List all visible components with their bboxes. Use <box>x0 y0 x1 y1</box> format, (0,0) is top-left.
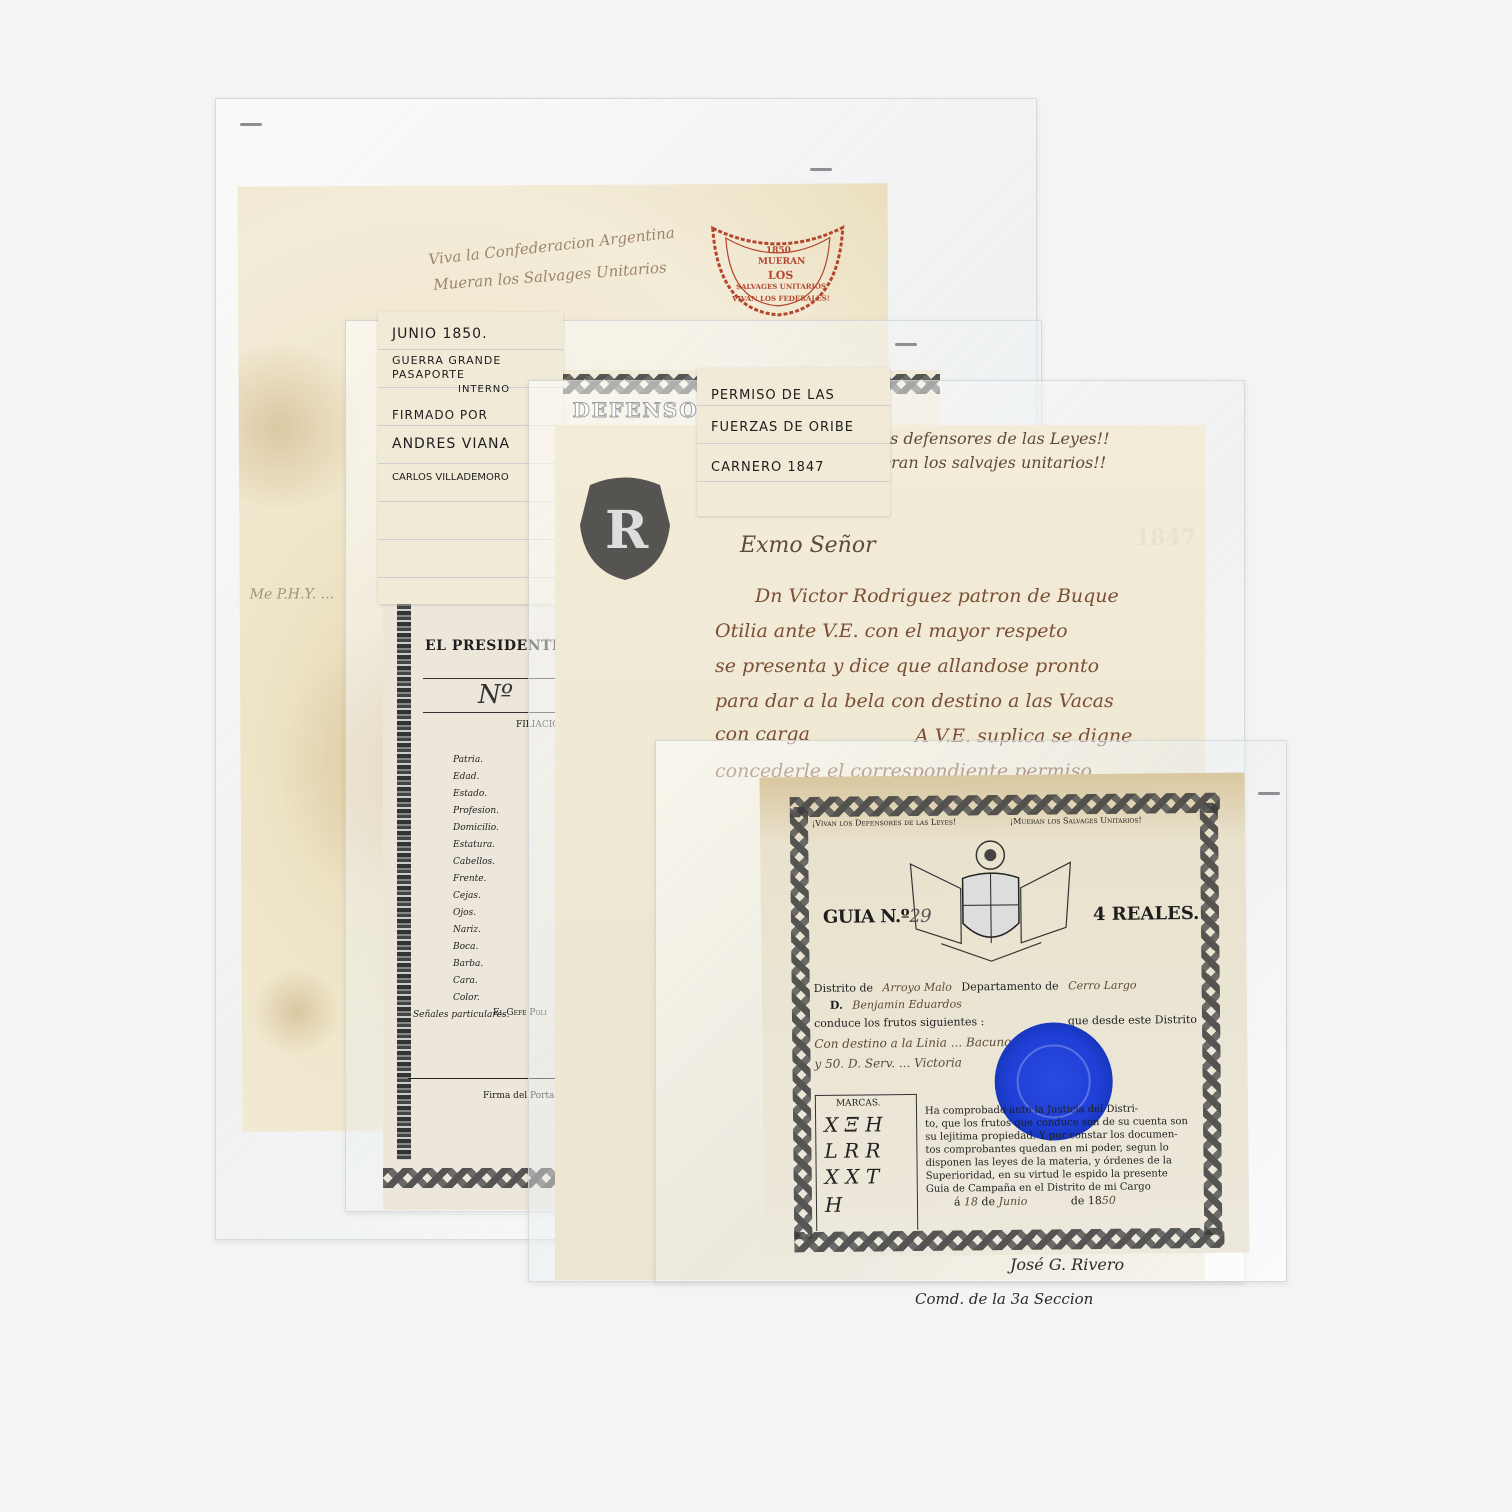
date-year-suffix: 50 <box>1102 1194 1116 1207</box>
svg-text:R: R <box>605 500 649 561</box>
header-line-2: Mueran los salvajes unitarios!! <box>855 453 1106 472</box>
svg-text:H: H <box>824 1193 843 1217</box>
filiacion-field: Barba. <box>453 959 483 969</box>
guia-body-line: tos comprobantes quedan en mi poder, seg… <box>925 1142 1168 1156</box>
d-label: D. <box>830 999 843 1012</box>
salutation: Exmo Señor <box>740 533 876 558</box>
zigzag-border-right <box>1200 803 1223 1235</box>
stamp-year: 1850 <box>766 246 791 256</box>
guia-number-value: 29 <box>909 906 931 927</box>
label-line: INTERNO <box>458 384 510 395</box>
staple-2 <box>810 168 832 171</box>
body-line: se presenta y dice que allandose pronto <box>715 655 1099 677</box>
date-day: 18 <box>964 1195 978 1208</box>
staple-4 <box>1258 792 1280 795</box>
filiacion-field: Nariz. <box>453 925 481 935</box>
stamp-line-4: VIVAN LOS FEDERALES! <box>732 294 830 304</box>
document-guia-campana: ¡Vivan los Defensores de las Leyes! ¡Mue… <box>760 772 1250 1257</box>
zigzag-border-bottom <box>794 1228 1224 1253</box>
cattle-brands-icon: X Ξ H L R R X X T H <box>816 1109 917 1230</box>
conduce-row: conduce los frutos siguientes : que desd… <box>814 1013 1197 1030</box>
stamp-line-2: LOS <box>768 269 793 282</box>
price-label: 4 REALES. <box>1093 903 1200 925</box>
guia-body-line: Ha comprobado ante la Justicia del Distr… <box>925 1104 1138 1117</box>
body-line: para dar a la bela con destino a las Vac… <box>715 690 1114 712</box>
filiacion-field: Cejas. <box>453 891 481 901</box>
departamento-value: Cerro Largo <box>1068 979 1136 993</box>
stamp-line-1: MUERAN <box>758 257 805 267</box>
coat-of-arms <box>900 832 1081 964</box>
marcas-label: MARCAS. <box>836 1098 881 1108</box>
label-line: FUERZAS DE ORIBE <box>711 420 854 435</box>
motto-right: ¡Mueran los Salvages Unitarios! <box>1010 816 1142 826</box>
guia-body-line: Superioridad, en su virtud le espido la … <box>926 1168 1168 1182</box>
label-line: ANDRES VIANA <box>392 436 510 452</box>
label-line: JUNIO 1850. <box>392 326 488 342</box>
filiacion-field: Cara. <box>453 976 478 986</box>
distrito-value: Arroyo Malo <box>882 981 952 995</box>
staple-3 <box>895 343 917 346</box>
zigzag-border-left <box>790 807 813 1239</box>
filiacion-field: Estatura. <box>453 840 495 850</box>
motto-left: ¡Vivan los Defensores de las Leyes! <box>812 817 956 828</box>
marcas-box: MARCAS. X Ξ H L R R X X T H <box>815 1094 918 1231</box>
faint-text: Me P.H.Y. ... <box>250 586 335 602</box>
filiacion-field: Profesion. <box>453 806 499 816</box>
guia-body-line: su lejitima propiedad. Y por constar los… <box>925 1129 1177 1143</box>
filiacion-field: Domicilio. <box>453 823 499 833</box>
stamp-line-3: SALVAGES UNITARIOS <box>736 282 826 291</box>
filiacion-field: Boca. <box>453 942 478 952</box>
desde-label: que desde este Distrito <box>1068 1013 1197 1027</box>
label-line: CARNERO 1847 <box>711 460 824 475</box>
label-line: PASAPORTE <box>392 368 465 381</box>
svg-text:L R R: L R R <box>823 1138 880 1163</box>
svg-text:X Ξ H: X Ξ H <box>822 1112 883 1137</box>
hand-line-1: Con destino a la Linia ... Bacunos <box>814 1035 1017 1051</box>
guia-body-line: disponen las leyes de la materia, y órde… <box>925 1155 1171 1169</box>
filiacion-field: Frente. <box>453 874 486 884</box>
staple-1 <box>240 123 262 126</box>
black-seal: R <box>575 470 675 585</box>
body-line: Otilia ante V.E. con el mayor respeto <box>715 620 1068 642</box>
zigzag-border-top <box>790 793 1220 818</box>
label-line: CARLOS VILLADEMORO <box>392 472 509 483</box>
body-line: Dn Victor Rodriguez patron de Buque <box>755 585 1119 607</box>
filiacion-field: Patria. <box>453 755 483 765</box>
filiacion-field: Edad. <box>453 772 479 782</box>
distrito-row: Distrito de Arroyo Malo Departamento de … <box>814 979 1137 995</box>
departamento-label: Departamento de <box>961 979 1058 993</box>
guia-number: GUIA N.º29 <box>823 906 931 928</box>
guia-title: GUIA N.º <box>823 906 910 928</box>
seal-r-icon: R <box>575 470 675 585</box>
label-line: PERMISO DE LAS <box>711 388 835 403</box>
filiacion-field: Cabellos. <box>453 857 495 867</box>
filiacion-field: Color. <box>453 993 480 1003</box>
passport-number: Nº <box>478 680 513 710</box>
d-row: D. Benjamin Eduardos <box>830 997 962 1011</box>
label-card-1847: PERMISO DE LAS FUERZAS DE ORIBE CARNERO … <box>697 368 890 516</box>
signature-title: Comd. de la 3a Seccion <box>915 1290 1093 1308</box>
date-year-prefix: de 18 <box>1071 1194 1102 1207</box>
label-line: GUERRA GRANDE <box>392 354 501 367</box>
svg-text:X X T: X X T <box>823 1164 881 1189</box>
guia-body-line: to, que los frutos que conduce son de su… <box>925 1116 1188 1130</box>
hand-line-2: y 50. D. Serv. ... Victoria <box>814 1055 962 1071</box>
date-prefix: á <box>954 1195 961 1208</box>
filiacion-field: Ojos. <box>453 908 476 918</box>
date-de: de <box>981 1195 995 1208</box>
distrito-label: Distrito de <box>814 981 873 995</box>
date-row: á 18 de Junio de 1850 <box>954 1194 1116 1209</box>
ornate-border <box>397 600 411 1160</box>
uruguay-coat-of-arms-icon <box>900 832 1081 964</box>
label-line: FIRMADO POR <box>392 408 488 422</box>
filiacion-field: Estado. <box>453 789 487 799</box>
signature-name: José G. Rivero <box>1010 1255 1124 1274</box>
guia-body-line: Guia de Campaña en el Distrito de mi Car… <box>926 1181 1151 1194</box>
date-month: Junio <box>999 1195 1028 1208</box>
conduce-label: conduce los frutos siguientes : <box>814 1015 984 1030</box>
d-value: Benjamin Eduardos <box>852 997 962 1011</box>
federal-stamp: 1850 MUERAN LOS SALVAGES UNITARIOS VIVAN… <box>708 220 849 321</box>
embossed-year: 1847 <box>1135 525 1196 551</box>
